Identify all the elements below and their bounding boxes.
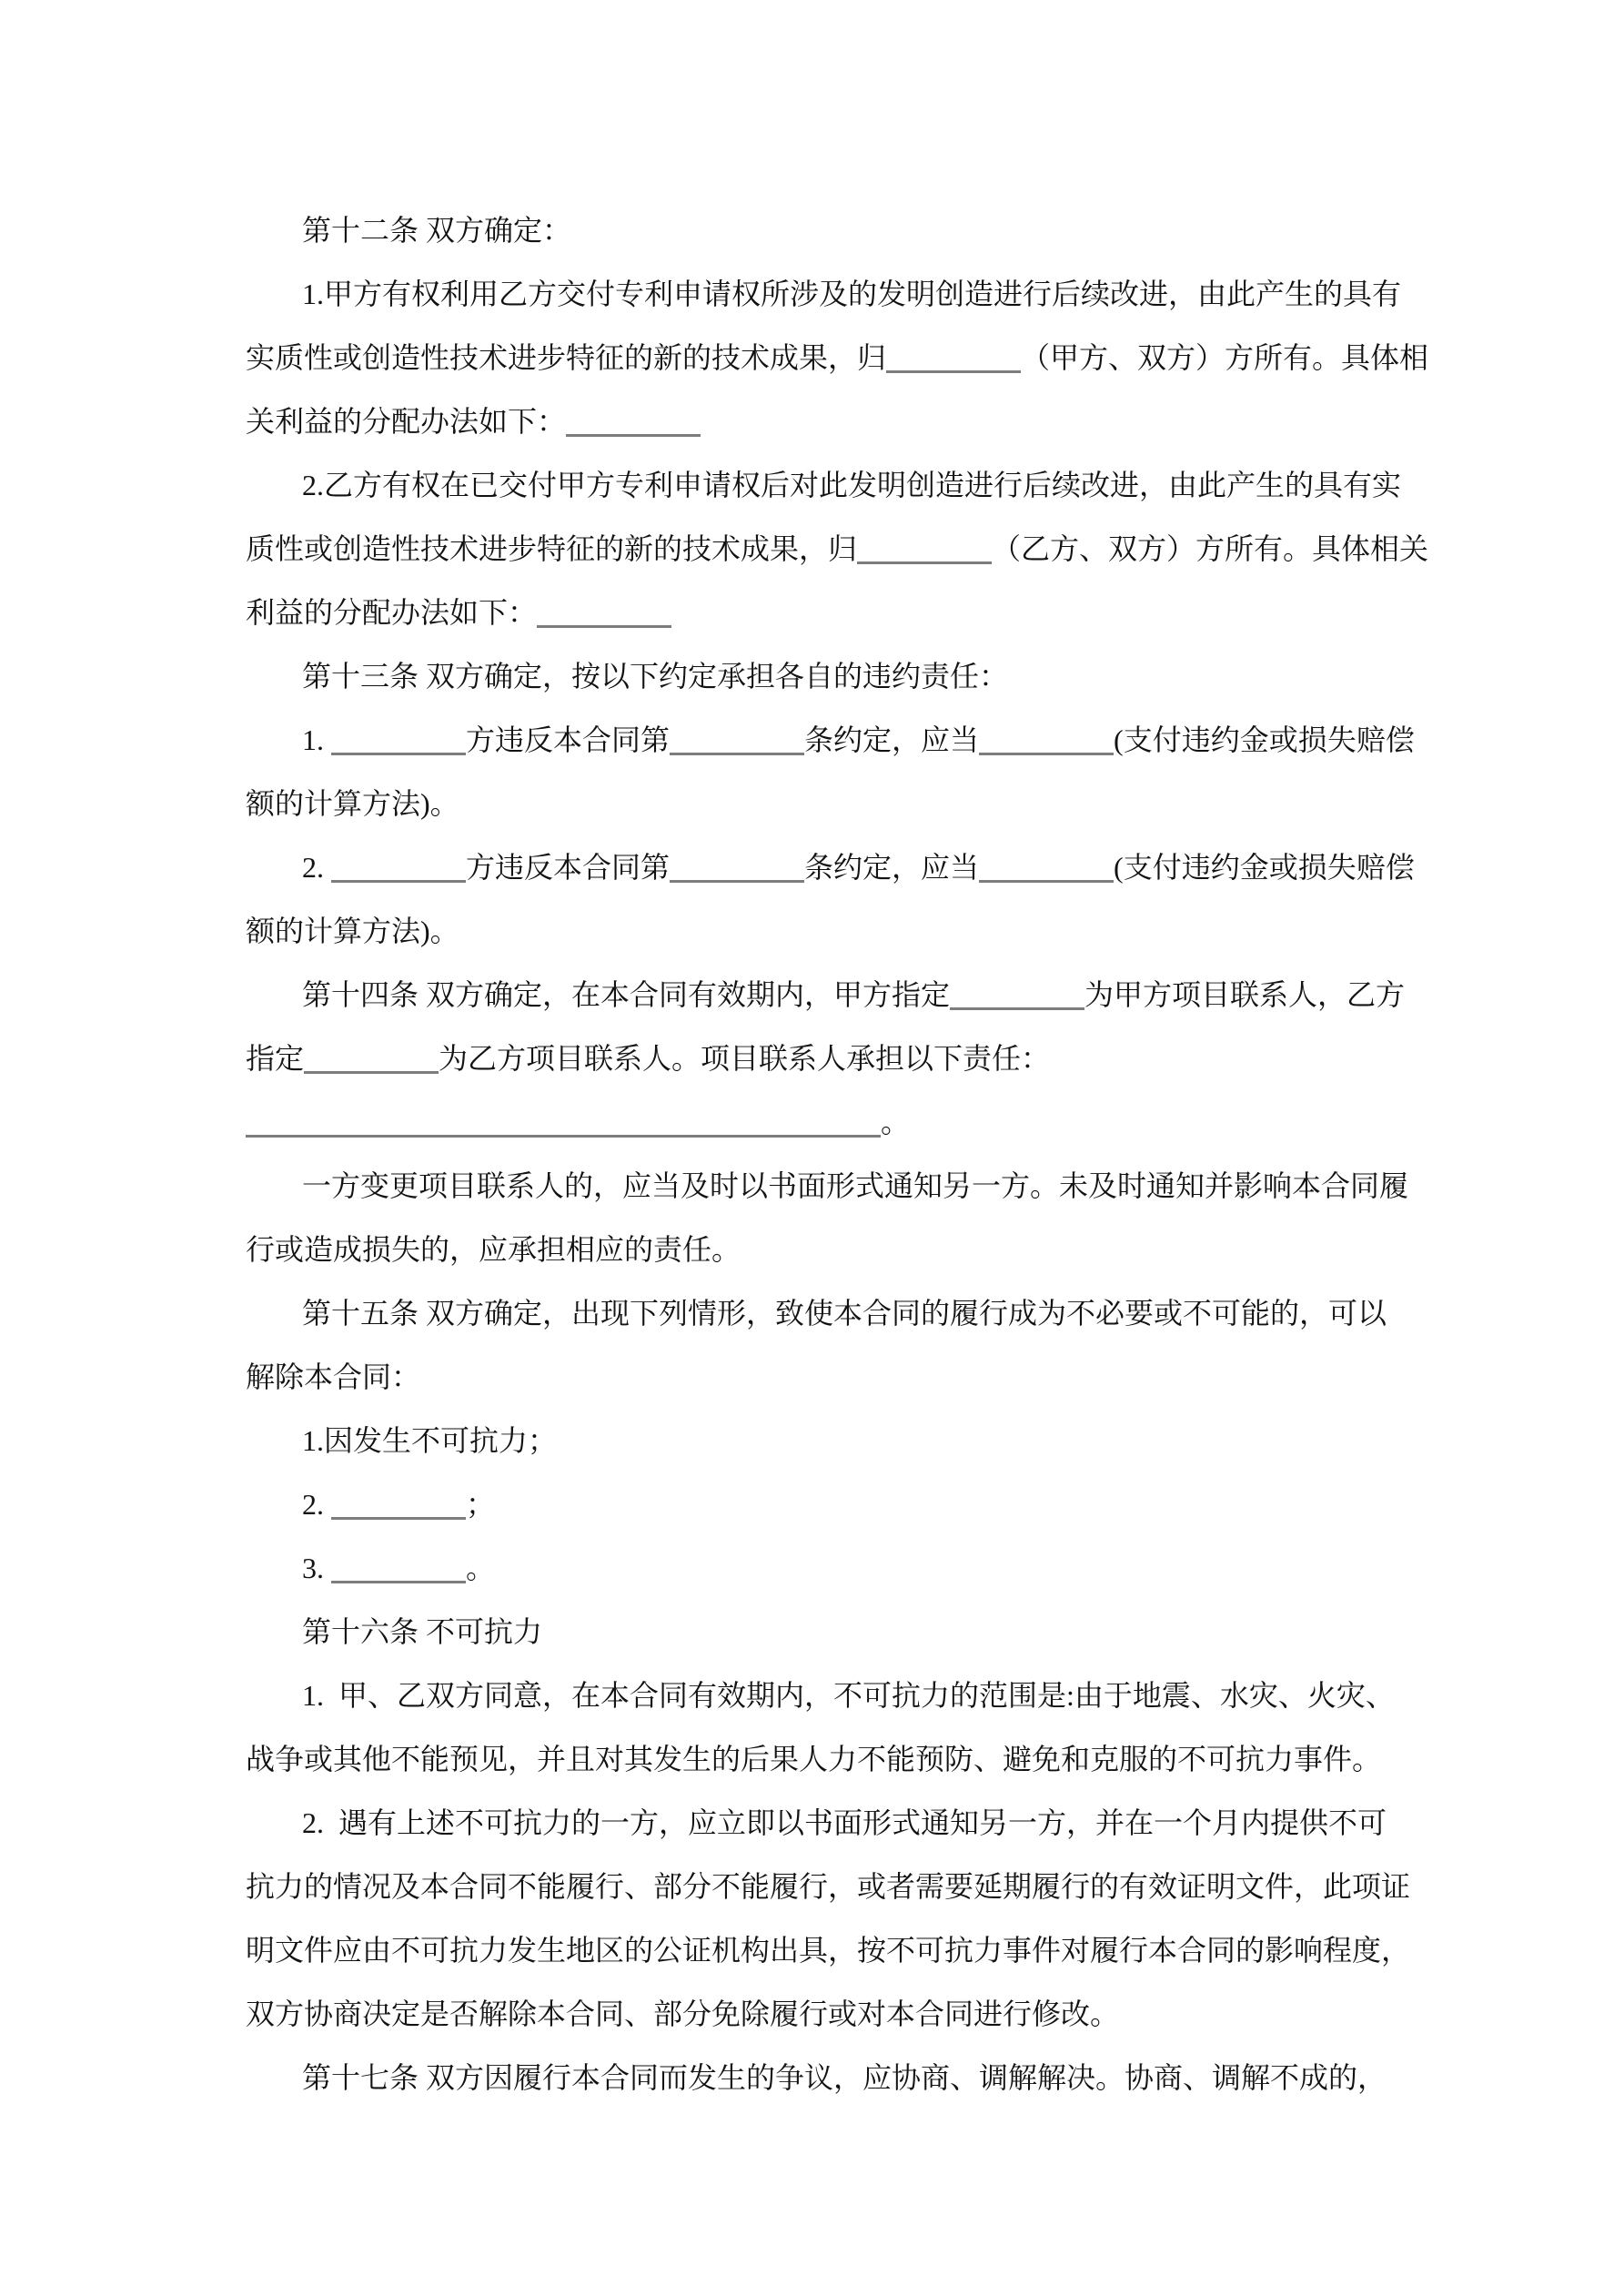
text-run: 利益的分配办法如下： bbox=[246, 596, 537, 629]
text-run: 。 bbox=[881, 1106, 910, 1138]
text-run: ； bbox=[466, 1488, 495, 1521]
text-line: 第十五条 双方确定，出现下列情形，致使本合同的履行成为不必要或不可能的，可以 bbox=[246, 1281, 1392, 1345]
text-line: 2. 方违反本合同第条约定，应当(支付违约金或损失赔偿 bbox=[246, 835, 1392, 899]
document-body: 第十二条 双方确定：1.甲方有权利用乙方交付专利申请权所涉及的发明创造进行后续改… bbox=[246, 198, 1392, 2109]
text-run: 2.乙方有权在已交付甲方专利申请权后对此发明创造进行后续改进，由此产生的具有实 bbox=[302, 469, 1401, 501]
text-line: 3. 。 bbox=[246, 1536, 1392, 1600]
text-run: 行或造成损失的，应承担相应的责任。 bbox=[246, 1233, 741, 1266]
text-line: 实质性或创造性技术进步特征的新的技术成果，归（甲方、双方）方所有。具体相 bbox=[246, 326, 1392, 389]
text-run: （乙方、双方）方所有。具体相关 bbox=[992, 532, 1428, 565]
text-line: 额的计算方法)。 bbox=[246, 899, 1392, 963]
text-run: 。 bbox=[466, 1552, 495, 1584]
text-run: (支付违约金或损失赔偿 bbox=[1114, 723, 1415, 756]
text-run: 战争或其他不能预见，并且对其发生的后果人力不能预防、避免和克服的不可抗力事件。 bbox=[246, 1743, 1381, 1775]
text-line: 1. 甲、乙双方同意，在本合同有效期内，不可抗力的范围是:由于地震、水灾、火灾、 bbox=[246, 1664, 1392, 1727]
text-run: （甲方、双方）方所有。具体相 bbox=[1021, 341, 1428, 374]
text-run: 指定 bbox=[246, 1042, 304, 1075]
text-run: 解除本合同： bbox=[246, 1360, 420, 1393]
blank-underline bbox=[857, 534, 992, 564]
blank-underline bbox=[331, 1553, 466, 1583]
text-line: 第十四条 双方确定，在本合同有效期内，甲方指定为甲方项目联系人，乙方 bbox=[246, 963, 1392, 1027]
text-run: 抗力的情况及本合同不能履行、部分不能履行，或者需要延期履行的有效证明文件，此项证 bbox=[246, 1870, 1410, 1903]
blank-underline bbox=[670, 725, 804, 755]
text-run: 条约定，应当 bbox=[804, 723, 979, 756]
text-run: 一方变更项目联系人的，应当及时以书面形式通知另一方。未及时通知并影响本合同履 bbox=[302, 1169, 1408, 1202]
text-run: 第十四条 双方确定，在本合同有效期内，甲方指定 bbox=[302, 978, 950, 1011]
text-run: 第十六条 不可抗力 bbox=[302, 1615, 542, 1648]
text-run: 2. bbox=[302, 851, 331, 884]
text-run: 第十二条 双方确定： bbox=[302, 214, 571, 247]
text-line: 第十六条 不可抗力 bbox=[246, 1600, 1392, 1664]
text-line: 1.因发生不可抗力； bbox=[246, 1409, 1392, 1472]
text-line: 第十三条 双方确定，按以下约定承担各自的违约责任： bbox=[246, 644, 1392, 708]
text-line: 2.乙方有权在已交付甲方专利申请权后对此发明创造进行后续改进，由此产生的具有实 bbox=[246, 453, 1392, 517]
text-run: 1.甲方有权利用乙方交付专利申请权所涉及的发明创造进行后续改进，由此产生的具有 bbox=[302, 278, 1401, 310]
text-run: 质性或创造性技术进步特征的新的技术成果，归 bbox=[246, 532, 857, 565]
text-line: 利益的分配办法如下： bbox=[246, 581, 1392, 644]
blank-underline bbox=[979, 725, 1114, 755]
text-run: 1.因发生不可抗力； bbox=[302, 1424, 557, 1457]
text-run: 关利益的分配办法如下： bbox=[246, 405, 566, 438]
text-line: 行或造成损失的，应承担相应的责任。 bbox=[246, 1218, 1392, 1281]
text-line: 第十七条 双方因履行本合同而发生的争议，应协商、调解解决。协商、调解不成的， bbox=[246, 2046, 1392, 2109]
text-line: 抗力的情况及本合同不能履行、部分不能履行，或者需要延期履行的有效证明文件，此项证 bbox=[246, 1855, 1392, 1918]
contract-page: 第十二条 双方确定：1.甲方有权利用乙方交付专利申请权所涉及的发明创造进行后续改… bbox=[0, 0, 1624, 2296]
blank-underline bbox=[331, 853, 466, 883]
text-run: 方违反本合同第 bbox=[466, 723, 670, 756]
text-run: 2. 遇有上述不可抗力的一方，应立即以书面形式通知另一方，并在一个月内提供不可 bbox=[302, 1806, 1387, 1839]
text-run: 为甲方项目联系人，乙方 bbox=[1084, 978, 1405, 1011]
text-line: 。 bbox=[246, 1090, 1392, 1154]
text-run: 明文件应由不可抗力发生地区的公证机构出具，按不可抗力事件对履行本合同的影响程度， bbox=[246, 1934, 1410, 1967]
text-run: 第十七条 双方因履行本合同而发生的争议，应协商、调解解决。协商、调解不成的， bbox=[302, 2061, 1387, 2094]
text-run: 条约定，应当 bbox=[804, 851, 979, 884]
blank-underline bbox=[670, 853, 804, 883]
text-run: 1. bbox=[302, 723, 331, 756]
text-run: 第十五条 双方确定，出现下列情形，致使本合同的履行成为不必要或不可能的，可以 bbox=[302, 1297, 1387, 1330]
blank-underline bbox=[537, 598, 671, 628]
blank-underline bbox=[246, 1108, 881, 1138]
text-line: 2. ； bbox=[246, 1472, 1392, 1536]
text-run: 第十三条 双方确定，按以下约定承担各自的违约责任： bbox=[302, 660, 1008, 693]
text-run: 方违反本合同第 bbox=[466, 851, 670, 884]
text-line: 战争或其他不能预见，并且对其发生的后果人力不能预防、避免和克服的不可抗力事件。 bbox=[246, 1727, 1392, 1791]
text-line: 明文件应由不可抗力发生地区的公证机构出具，按不可抗力事件对履行本合同的影响程度， bbox=[246, 1918, 1392, 1982]
text-line: 额的计算方法)。 bbox=[246, 772, 1392, 835]
blank-underline bbox=[950, 980, 1084, 1010]
text-run: 双方协商决定是否解除本合同、部分免除履行或对本合同进行修改。 bbox=[246, 1998, 1119, 2030]
text-line: 1. 方违反本合同第条约定，应当(支付违约金或损失赔偿 bbox=[246, 708, 1392, 772]
text-line: 第十二条 双方确定： bbox=[246, 198, 1392, 262]
blank-underline bbox=[331, 725, 466, 755]
text-run: 额的计算方法)。 bbox=[246, 787, 459, 820]
text-line: 质性或创造性技术进步特征的新的技术成果，归（乙方、双方）方所有。具体相关 bbox=[246, 517, 1392, 581]
blank-underline bbox=[886, 343, 1021, 373]
text-run: (支付违约金或损失赔偿 bbox=[1114, 851, 1415, 884]
text-run: 额的计算方法)。 bbox=[246, 915, 459, 947]
blank-underline bbox=[566, 407, 701, 437]
text-run: 1. 甲、乙双方同意，在本合同有效期内，不可抗力的范围是:由于地震、水灾、火灾、 bbox=[302, 1679, 1395, 1712]
text-line: 一方变更项目联系人的，应当及时以书面形式通知另一方。未及时通知并影响本合同履 bbox=[246, 1154, 1392, 1218]
text-run: 3. bbox=[302, 1552, 331, 1584]
text-line: 关利益的分配办法如下： bbox=[246, 389, 1392, 453]
blank-underline bbox=[979, 853, 1114, 883]
text-line: 1.甲方有权利用乙方交付专利申请权所涉及的发明创造进行后续改进，由此产生的具有 bbox=[246, 262, 1392, 326]
text-line: 指定为乙方项目联系人。项目联系人承担以下责任： bbox=[246, 1027, 1392, 1090]
text-run: 为乙方项目联系人。项目联系人承担以下责任： bbox=[439, 1042, 1050, 1075]
text-line: 2. 遇有上述不可抗力的一方，应立即以书面形式通知另一方，并在一个月内提供不可 bbox=[246, 1791, 1392, 1855]
text-run: 实质性或创造性技术进步特征的新的技术成果，归 bbox=[246, 341, 886, 374]
blank-underline bbox=[331, 1490, 466, 1520]
text-line: 双方协商决定是否解除本合同、部分免除履行或对本合同进行修改。 bbox=[246, 1982, 1392, 2046]
blank-underline bbox=[304, 1044, 439, 1074]
text-run: 2. bbox=[302, 1488, 331, 1521]
text-line: 解除本合同： bbox=[246, 1345, 1392, 1409]
